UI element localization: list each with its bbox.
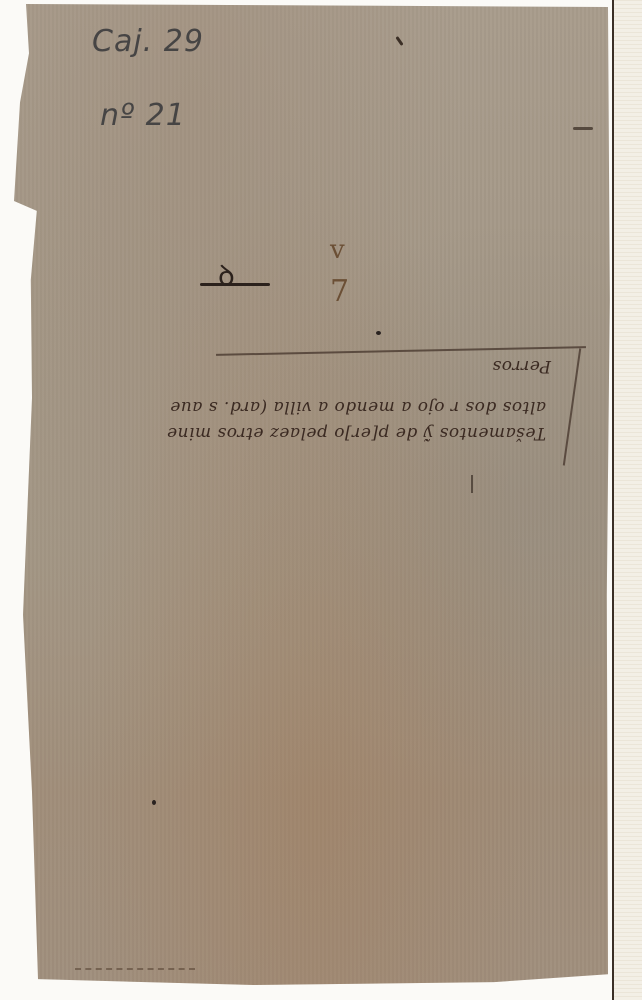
ink-dot	[376, 331, 381, 335]
ink-dash-right	[573, 127, 593, 130]
folio-mark-left: ꝺ	[200, 262, 270, 292]
docket-line-3: Perros	[481, 356, 551, 376]
manuscript-leaf	[14, 4, 614, 989]
shelfmark-caja: Caj. 29	[92, 24, 204, 59]
ruled-dash-bottom	[75, 968, 195, 970]
margin-tick	[471, 475, 473, 493]
ink-speck-lower	[152, 800, 156, 805]
folio-mark-right-bottom: 7	[330, 278, 349, 306]
docket-line-1: Tešamentos ẏ̃ de p[er]o pelaez etros min…	[76, 423, 546, 443]
folio-underline	[200, 283, 270, 286]
archival-backing-sheet	[612, 0, 642, 1000]
docket-line-2: altos dos r ojo a mendo a villa (ard. s …	[76, 397, 546, 417]
docket-top-rule	[216, 346, 586, 356]
inverted-docket: Tešamentos ẏ̃ de p[er]o pelaez etros min…	[66, 340, 596, 455]
shelfmark-numero: nº 21	[100, 98, 186, 133]
docket-right-rule	[563, 348, 581, 465]
folio-mark-right-top: v	[330, 236, 345, 264]
folio-glyph: ꝺ	[218, 256, 235, 294]
